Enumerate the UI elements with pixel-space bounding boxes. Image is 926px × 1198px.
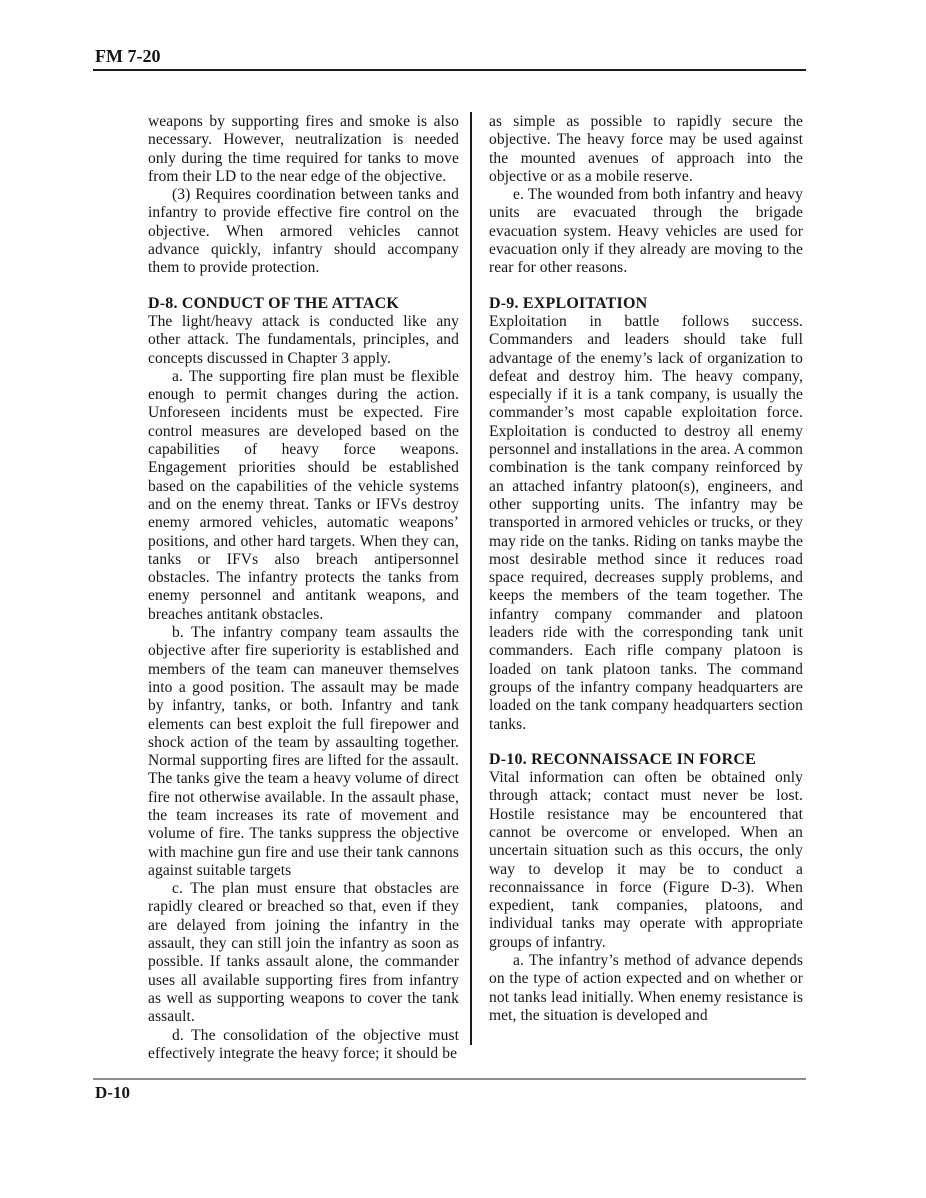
paragraph-d8-d: d. The consolidation of the objective mu… [148,1027,459,1064]
page-number: D-10 [95,1083,130,1103]
left-column: weapons by supporting fires and smoke is… [148,113,459,1063]
column-divider-rule [470,112,472,1045]
manual-number-header: FM 7-20 [95,46,160,67]
footer-rule [93,1078,806,1080]
document-page: FM 7-20 weapons by supporting fires and … [0,0,926,1198]
paragraph-continuation: weapons by supporting fires and smoke is… [148,113,459,186]
right-column: as simple as possible to rapidly secure … [489,113,803,1025]
paragraph-continuation: as simple as possible to rapidly secure … [489,113,803,186]
header-rule [93,69,806,71]
section-heading-d10: D-10. RECONNAISSACE IN FORCE [489,751,803,769]
section-heading-d8: D-8. CONDUCT OF THE ATTACK [148,295,459,313]
section-heading-d9: D-9. EXPLOITATION [489,295,803,313]
paragraph-d8-intro: The light/heavy attack is conducted like… [148,313,459,368]
paragraph-d8-c: c. The plan must ensure that obstacles a… [148,880,459,1026]
paragraph-sub3: (3) Requires coordination between tanks … [148,186,459,277]
paragraph-d10-intro: Vital information can often be obtained … [489,769,803,952]
paragraph-d9-body: Exploitation in battle follows success. … [489,313,803,734]
paragraph-d8-b: b. The infantry company team assaults th… [148,624,459,880]
paragraph-d10-a: a. The infantry’s method of advance depe… [489,952,803,1025]
paragraph-d8-e: e. The wounded from both infantry and he… [489,186,803,277]
paragraph-d8-a: a. The supporting fire plan must be flex… [148,368,459,624]
